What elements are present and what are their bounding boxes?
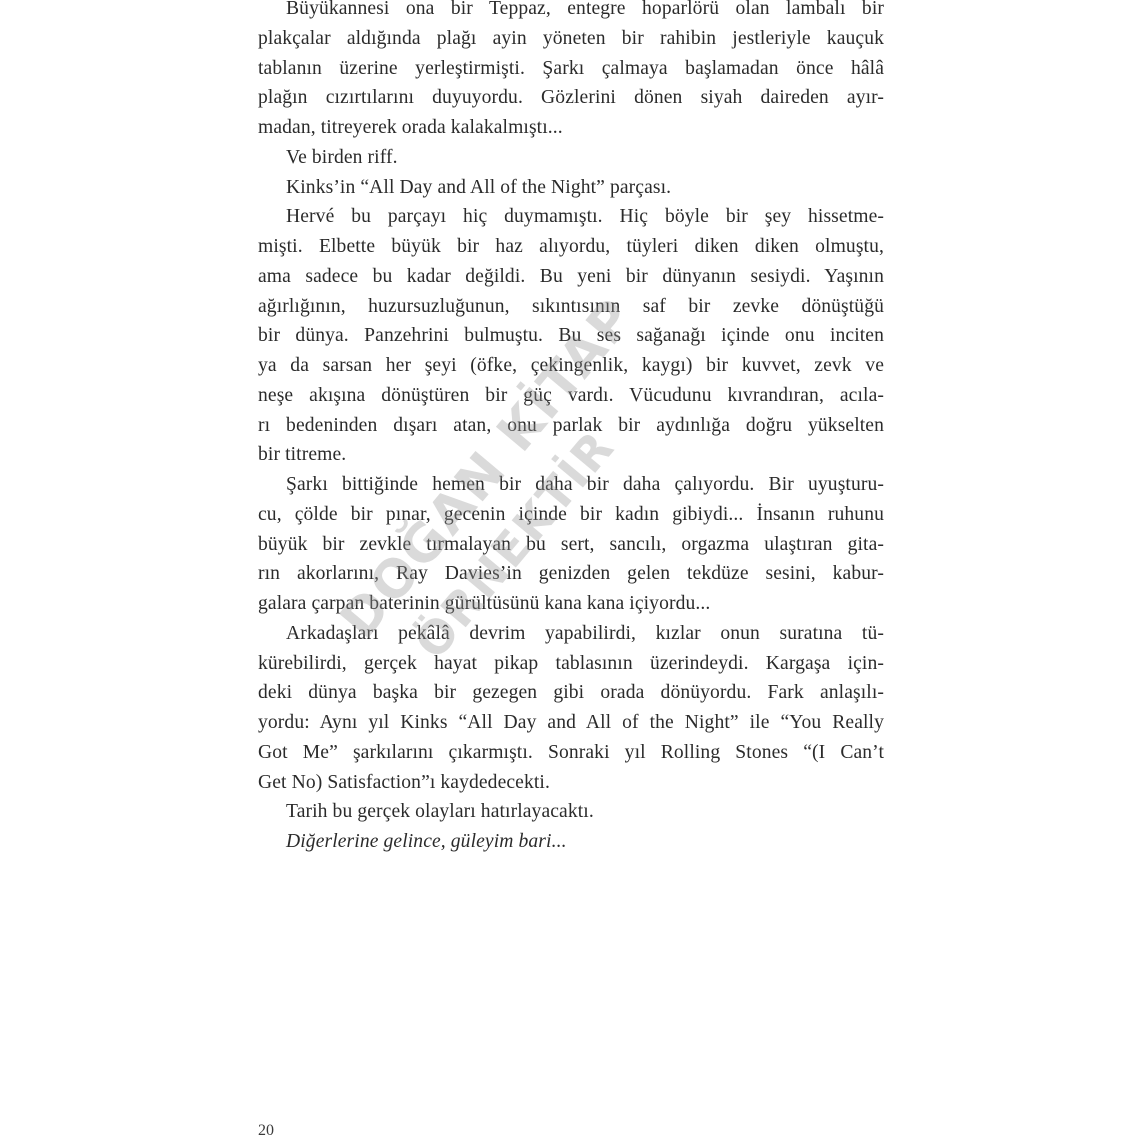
text-line: yordu: Aynı yıl Kinks “All Day and All o… — [258, 708, 884, 738]
text-line: deki dünya başka bir gezegen gibi orada … — [258, 678, 884, 708]
text-line: Get No) Satisfaction”ı kaydedecekti. — [258, 768, 884, 798]
text-line: bir dünya. Panzehrini bulmuştu. Bu ses s… — [258, 321, 884, 351]
text-line: ağırlığının, huzursuzluğunun, sıkıntısın… — [258, 292, 884, 322]
text-line: ya da sarsan her şeyi (öfke, çekingenlik… — [258, 351, 884, 381]
text-line: madan, titreyerek orada kalakalmıştı... — [258, 113, 884, 143]
book-page: Büyükannesi ona bir Teppaz, entegre hopa… — [0, 0, 1140, 1140]
text-line: Kinks’in “All Day and All of the Night” … — [258, 173, 884, 203]
text-line: rı bedeninden dışarı atan, onu parlak bi… — [258, 411, 884, 441]
text-line: Büyükannesi ona bir Teppaz, entegre hopa… — [258, 0, 884, 24]
text-line: plakçalar aldığında plağı ayin yöneten b… — [258, 24, 884, 54]
text-line: cu, çölde bir pınar, gecenin içinde bir … — [258, 500, 884, 530]
text-line: büyük bir zevkle tırmalayan bu sert, san… — [258, 530, 884, 560]
text-line: kürebilirdi, gerçek hayat pikap tablasın… — [258, 649, 884, 679]
text-line: tablanın üzerine yerleştirmişti. Şarkı ç… — [258, 54, 884, 84]
text-line: ama sadece bu kadar değildi. Bu yeni bir… — [258, 262, 884, 292]
text-line: bir titreme. — [258, 440, 884, 470]
text-line: Got Me” şarkılarını çıkarmıştı. Sonraki … — [258, 738, 884, 768]
text-line: Ve birden riff. — [258, 143, 884, 173]
text-line: Arkadaşları pekâlâ devrim yapabilirdi, k… — [258, 619, 884, 649]
page-number: 20 — [258, 1122, 274, 1140]
text-line: plağın cızırtılarını duyuyordu. Gözlerin… — [258, 83, 884, 113]
text-line-italic: Diğerlerine gelince, güleyim bari... — [258, 827, 884, 857]
text-line: galara çarpan baterinin gürültüsünü kana… — [258, 589, 884, 619]
text-line: Tarih bu gerçek olayları hatırlayacaktı. — [258, 797, 884, 827]
text-line: neşe akışına dönüştüren bir güç vardı. V… — [258, 381, 884, 411]
body-text: Büyükannesi ona bir Teppaz, entegre hopa… — [258, 0, 884, 857]
text-line: rın akorlarını, Ray Davies’in genizden g… — [258, 559, 884, 589]
text-line: mişti. Elbette büyük bir haz alıyordu, t… — [258, 232, 884, 262]
text-line: Hervé bu parçayı hiç duymamıştı. Hiç böy… — [258, 202, 884, 232]
text-line: Şarkı bittiğinde hemen bir daha bir daha… — [258, 470, 884, 500]
